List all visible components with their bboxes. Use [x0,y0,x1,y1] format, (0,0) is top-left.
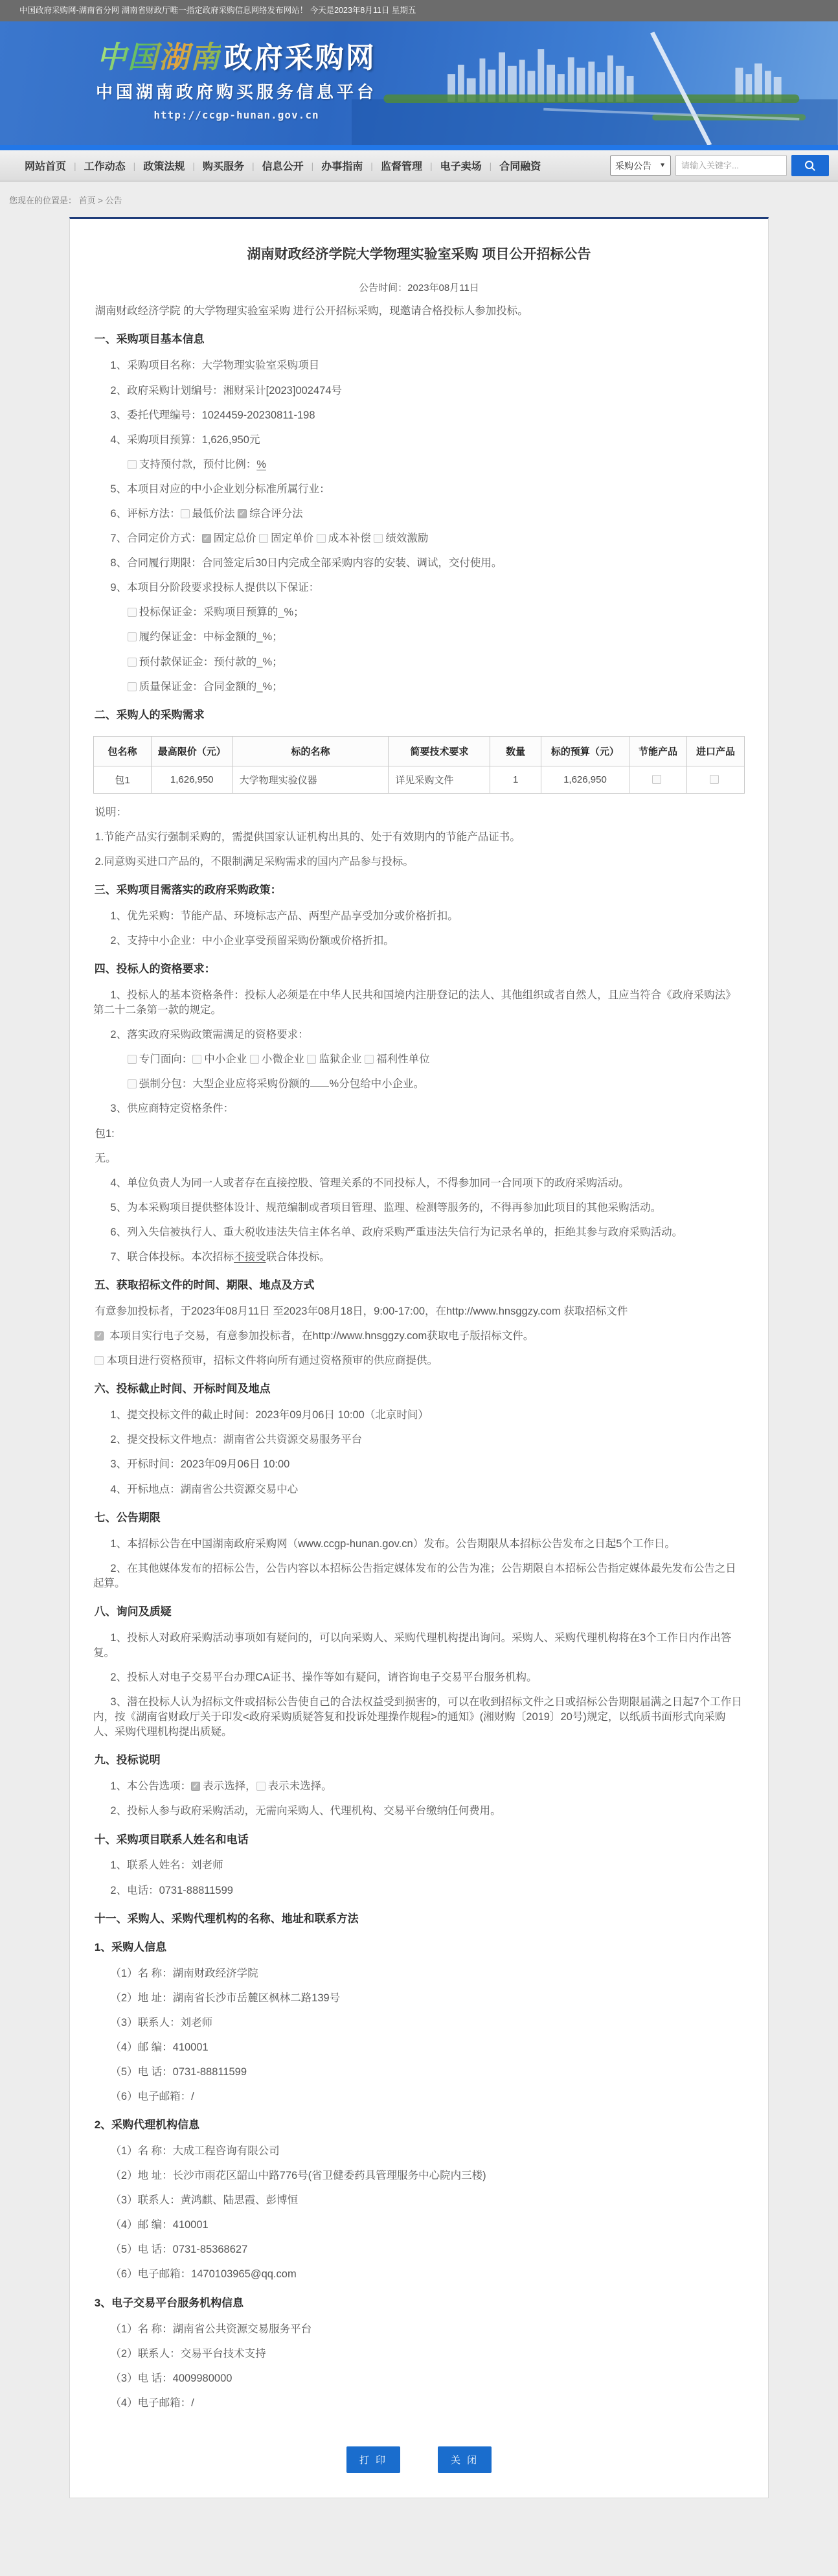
nav-item-supervision[interactable]: 监督管理 [373,158,430,173]
checkbox-checked [95,1331,104,1340]
table-header-cell: 进口产品 [686,736,744,766]
paragraph: 2、支持中小企业：中小企业享受预留采购份额或价格折扣。 [93,934,745,949]
paragraph: 1、联系人姓名：刘老师 [93,1858,745,1873]
section-heading: 一、采购项目基本信息 [93,332,745,347]
checkbox-unchecked [192,1055,201,1064]
paragraph: （3）电 话：4009980000 [93,2371,745,2386]
paragraph: 9、本项目分阶段要求投标人提供以下保证： [93,581,745,595]
paragraph: 投标保证金：采购项目预算的_%； [93,605,745,620]
table-header-cell: 标的预算（元） [541,736,629,766]
paragraph: 1、采购项目名称：大学物理实验室采购项目 [93,358,745,373]
table-header-cell: 最高限价（元） [151,736,232,766]
paragraph: 湖南财政经济学院 的大学物理实验室采购 进行公开招标采购，现邀请合格投标人参加投… [93,304,745,319]
paragraph: 6、列入失信被执行人、重大税收违法失信主体名单、政府采购严重违法失信行为记录名单… [93,1225,745,1240]
checkbox-unchecked [128,460,137,469]
paragraph: 1、本公告选项：表示选择，表示未选择。 [93,1779,745,1794]
paragraph: （1）名 称：湖南省公共资源交易服务平台 [93,2322,745,2337]
announcement-card: 湖南财政经济学院大学物理实验室采购 项目公开招标公告 公告时间：2023年08月… [69,217,769,2498]
nav-item-emall[interactable]: 电子卖场 [433,158,490,173]
search-category-select[interactable]: 采购公告 ▼ [610,155,671,176]
checkbox-unchecked [256,1782,266,1791]
paragraph: （4）邮 编：410001 [93,2040,745,2055]
paragraph: 2、投标人对电子交易平台办理CA证书、操作等如有疑问，请咨询电子交易平台服务机构… [93,1670,745,1685]
table-cell: 大学物理实验仪器 [232,766,389,793]
checkbox-checked [202,534,211,543]
paragraph: 强制分包：大型企业应将采购份额的%分包给中小企业。 [93,1077,745,1092]
paragraph: 3、供应商特定资格条件： [93,1101,745,1116]
nav-item-policy[interactable]: 政策法规 [135,158,192,173]
checkbox-unchecked [652,775,661,784]
paragraph: 2、政府采购计划编号：湘财采计[2023]002474号 [93,384,745,398]
nav-item-purchase-service[interactable]: 购买服务 [195,158,252,173]
underlined-text: % [256,459,266,470]
paragraph: 3、委托代理编号：1024459-20230811-198 [93,408,745,423]
paragraph: （6）电子邮箱：1470103965@qq.com [93,2267,745,2282]
topbar: 中国政府采购网-湖南省分网 湖南省财政厅唯一指定政府采购信息网络发布网站！ 今天… [0,0,838,21]
paragraph: （5）电 话：0731-85368627 [93,2242,745,2257]
table-header-cell: 标的名称 [232,736,389,766]
site-subtitle: 中国湖南政府购买服务信息平台 [87,79,385,103]
paragraph: 本项目进行资格预审，招标文件将向所有通过资格预审的供应商提供。 [93,1353,745,1368]
checkbox-unchecked [128,1079,137,1088]
checkbox-checked [238,509,247,518]
section-heading: 三、采购项目需落实的政府采购政策： [93,883,745,898]
table-cell: 详见采购文件 [389,766,490,793]
checkbox-unchecked [181,509,190,518]
breadcrumb-home-link[interactable]: 首页 [79,196,96,205]
paragraph: 2、电话：0731-88811599 [93,1883,745,1898]
paragraph: 5、本项目对应的中小企业划分标准所属行业： [93,482,745,497]
table-header-cell: 包名称 [94,736,152,766]
paragraph: 1、投标人对政府采购活动事项如有疑问的，可以向采购人、采购代理机构提出询问。采购… [93,1631,745,1661]
checkbox-unchecked [95,1356,104,1365]
checkbox-unchecked [710,775,719,784]
checkbox-unchecked [250,1055,259,1064]
paragraph: 有意参加投标者，于2023年08月11日 至2023年08月18日，9:00-1… [93,1304,745,1319]
checkbox-unchecked [128,658,137,667]
checkbox-unchecked [128,632,137,641]
section-heading: 二、采购人的采购需求 [93,708,745,723]
paragraph: 8、合同履行期限：合同签定后30日内完成全部采购内容的安装、调试，交付使用。 [93,556,745,571]
checkbox-unchecked [128,1055,137,1064]
paragraph: （1）名 称：湖南财政经济学院 [93,1966,745,1981]
action-buttons: 打 印 关 闭 [93,2446,745,2478]
search-input[interactable] [675,155,787,176]
paragraph: 1、投标人的基本资格条件：投标人必须是在中华人民共和国境内注册登记的法人、其他组… [93,988,745,1018]
paragraph: 4、开标地点：湖南省公共资源交易中心 [93,1482,745,1497]
paragraph: 预付款保证金：预付款的_%； [93,655,745,670]
paragraph: 1、优先采购：节能产品、环境标志产品、两型产品享受加分或价格折扣。 [93,909,745,924]
section-heading: 五、获取招标文件的时间、期限、地点及方式 [93,1278,745,1293]
paragraph: 3、开标时间：2023年09月06日 10:00 [93,1457,745,1472]
checkbox-unchecked [317,534,326,543]
city-skyline-image [352,21,838,145]
requirements-table: 包名称最高限价（元）标的名称简要技术要求数量标的预算（元）节能产品进口产品包11… [93,736,745,794]
nav-item-news[interactable]: 工作动态 [76,158,133,173]
search-button[interactable] [791,155,829,176]
paragraph: 5、为本采购项目提供整体设计、规范编制或者项目管理、监理、检测等服务的，不得再参… [93,1201,745,1215]
table-cell: 1,626,950 [151,766,232,793]
table-cell: 包1 [94,766,152,793]
paragraph: （3）联系人：刘老师 [93,2016,745,2030]
paragraph: 7、合同定价方式：固定总价 固定单价 成本补偿 绩效激励 [93,531,745,546]
table-cell: 1,626,950 [541,766,629,793]
table-row: 包11,626,950大学物理实验仪器详见采购文件11,626,950 [94,766,745,793]
nav-item-guide[interactable]: 办事指南 [313,158,370,173]
blank-underline [310,1078,330,1088]
paragraph: 质量保证金：合同金额的_%； [93,680,745,695]
site-logo-text: 政府采购网 [224,42,376,74]
close-button[interactable]: 关 闭 [438,2446,492,2473]
paragraph: 包1: [93,1127,745,1142]
paragraph: 无。 [93,1151,745,1166]
paragraph: 1.节能产品实行强制采购的，需提供国家认证机构出具的、处于有效期内的节能产品证书… [93,830,745,845]
search-icon [804,159,817,172]
print-button[interactable]: 打 印 [346,2446,400,2473]
paragraph: 3、潜在投标人认为招标文件或招标公告使自己的合法权益受到损害的，可以在收到招标文… [93,1695,745,1740]
site-logo: 中国湖南 政府采购网 中国湖南政府购买服务信息平台 http://ccgp-hu… [87,41,385,121]
nav-item-home[interactable]: 网站首页 [17,158,74,173]
table-header-row: 包名称最高限价（元）标的名称简要技术要求数量标的预算（元）节能产品进口产品 [94,736,745,766]
paragraph: 6、评标方法：最低价法 综合评分法 [93,507,745,522]
paragraph: 本项目实行电子交易，有意参加投标者，在http://www.hnsggzy.co… [93,1329,745,1344]
section-heading: 七、公告期限 [93,1511,745,1526]
section-heading: 十、采购项目联系人姓名和电话 [93,1833,745,1848]
paragraph: （3）联系人：黄鸿麒、陆思霞、彭博恒 [93,2193,745,2208]
section-heading: 八、询问及质疑 [93,1605,745,1620]
table-cell [629,766,686,793]
table-header-cell: 节能产品 [629,736,686,766]
paragraph: （4）邮 编：410001 [93,2218,745,2233]
table-header-cell: 简要技术要求 [389,736,490,766]
section-heading: 九、投标说明 [93,1753,745,1768]
table-cell: 1 [490,766,541,793]
nav-item-contract-financing[interactable]: 合同融资 [492,158,549,173]
section-heading: 2、采购代理机构信息 [93,2118,745,2133]
paragraph: （2）地 址：湖南省长沙市岳麓区枫林二路139号 [93,1991,745,2006]
paragraph: 专门面向：中小企业 小微企业 监狱企业 福利性单位 [93,1052,745,1067]
paragraph: 2、落实政府采购政策需满足的资格要求： [93,1028,745,1042]
page-title: 湖南财政经济学院大学物理实验室采购 项目公开招标公告 [93,245,745,264]
paragraph: （6）电子邮箱：/ [93,2089,745,2104]
chevron-down-icon: ▼ [659,162,666,169]
paragraph: 2、投标人参与政府采购活动，无需向采购人、代理机构、交易平台缴纳任何费用。 [93,1804,745,1819]
paragraph: （2）联系人：交易平台技术支持 [93,2347,745,2362]
checkbox-unchecked [365,1055,374,1064]
paragraph: 1、本招标公告在中国湖南政府采购网（www.ccgp-hunan.gov.cn）… [93,1537,745,1552]
main-nav: 网站首页 | 工作动态 | 政策法规 | 购买服务 | 信息公开 | 办事指南 … [0,150,838,181]
paragraph: （1）名 称：大成工程咨询有限公司 [93,2144,745,2159]
paragraph: 1、提交投标文件的截止时间：2023年09月06日 10:00（北京时间） [93,1408,745,1423]
section-heading: 1、采购人信息 [93,1940,745,1955]
publish-time: 公告时间：2023年08月11日 [93,281,745,294]
article-body: 湖南财政经济学院 的大学物理实验室采购 进行公开招标采购，现邀请合格投标人参加投… [93,304,745,2411]
paragraph: 支持预付款，预付比例：% [93,457,745,472]
paragraph: 4、采购项目预算：1,626,950元 [93,433,745,448]
breadcrumb: 您现在的位置是： 首页 > 公告 [0,181,838,217]
section-heading: 十一、采购人、采购代理机构的名称、地址和联系方法 [93,1912,745,1927]
paragraph: 2、提交投标文件地点：湖南省公共资源交易服务平台 [93,1432,745,1447]
table-header-cell: 数量 [490,736,541,766]
checkbox-unchecked [128,608,137,617]
paragraph: 2.同意购买进口产品的，不限制满足采购需求的国内产品参与投标。 [93,855,745,869]
paragraph: 2、在其他媒体发布的招标公告，公告内容以本招标公告指定媒体发布的公告为准；公告期… [93,1561,745,1591]
section-heading: 3、电子交易平台服务机构信息 [93,2296,745,2311]
paragraph: 履约保证金：中标金额的_%； [93,630,745,645]
nav-item-info-disclosure[interactable]: 信息公开 [255,158,311,173]
paragraph: 4、单位负责人为同一人或者存在直接控股、管理关系的不同投标人，不得参加同一合同项… [93,1176,745,1191]
search-category-value: 采购公告 [615,159,651,172]
breadcrumb-current[interactable]: 公告 [106,196,122,205]
paragraph: （4）电子邮箱：/ [93,2396,745,2411]
checkbox-unchecked [374,534,383,543]
breadcrumb-prefix: 您现在的位置是： [9,196,76,205]
site-banner: 中国湖南 政府采购网 中国湖南政府购买服务信息平台 http://ccgp-hu… [0,21,838,150]
table-cell [686,766,744,793]
checkbox-unchecked [128,682,137,691]
underlined-text: 不接受 [234,1251,266,1263]
section-heading: 六、投标截止时间、开标时间及地点 [93,1382,745,1397]
section-heading: 四、投标人的资格要求： [93,962,745,977]
checkbox-unchecked [307,1055,316,1064]
paragraph: 说明： [93,805,745,820]
site-url: http://ccgp-hunan.gov.cn [87,109,385,121]
checkbox-checked [191,1782,200,1791]
paragraph: （5）电 话：0731-88811599 [93,2065,745,2080]
paragraph: （2）地 址：长沙市雨花区韶山中路776号(省卫健委药具管理服务中心院内三楼) [93,2168,745,2183]
paragraph: 7、联合体投标。本次招标不接受联合体投标。 [93,1250,745,1265]
breadcrumb-separator: > [98,196,103,205]
site-logo-calligraphy: 中国湖南 [96,40,221,74]
search-area: 采购公告 ▼ [610,155,829,176]
checkbox-unchecked [259,534,268,543]
nav-items: 网站首页 | 工作动态 | 政策法规 | 购买服务 | 信息公开 | 办事指南 … [17,158,549,173]
topbar-text: 中国政府采购网-湖南省分网 湖南省财政厅唯一指定政府采购信息网络发布网站！ 今天… [19,6,416,15]
